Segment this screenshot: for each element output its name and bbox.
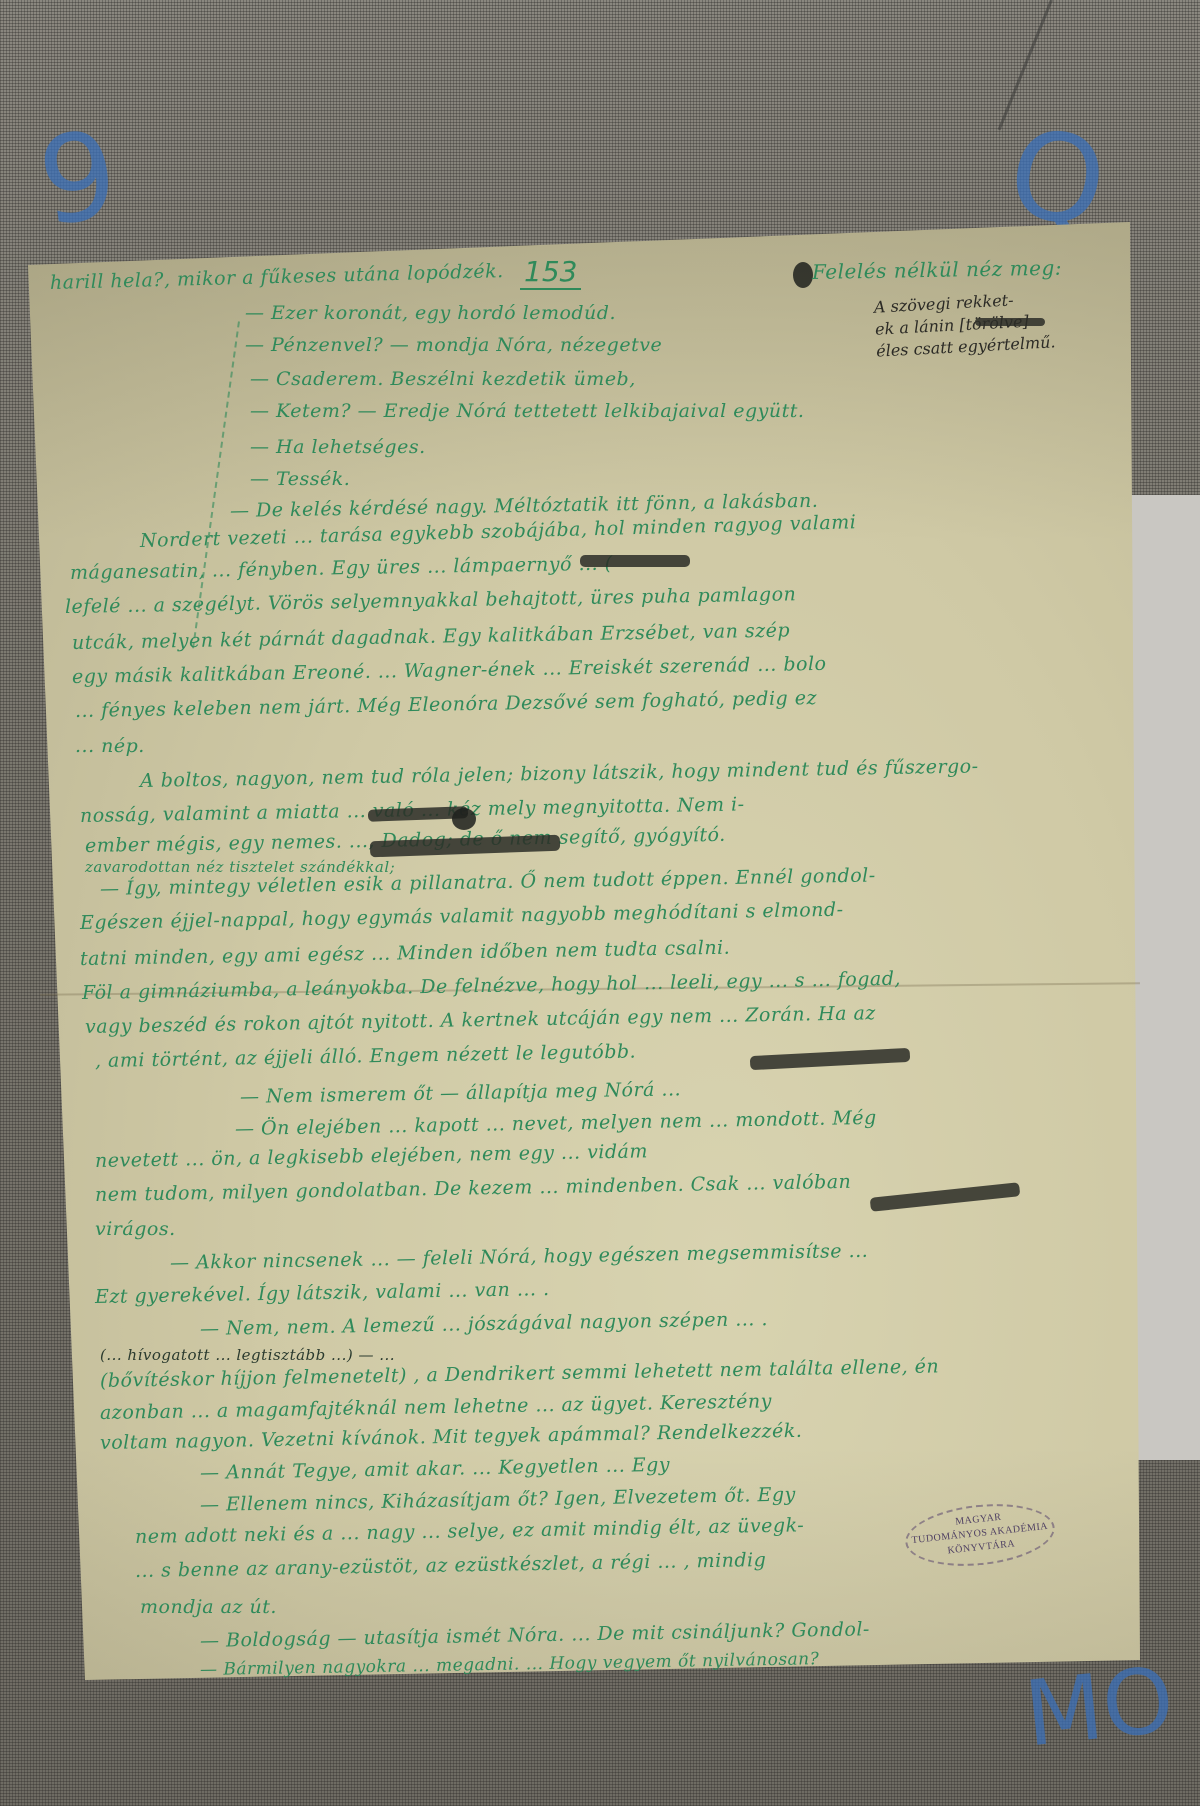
text-line: — Ezer koronát, egy hordó lemodúd. <box>245 302 616 324</box>
page-number: 153 <box>520 255 581 290</box>
strikethrough <box>975 318 1045 326</box>
text-line: mondja az út. <box>140 1596 277 1618</box>
archive-mark-top-left: 9 <box>31 105 126 253</box>
text-line: ... nép. <box>75 735 145 757</box>
header-note: Felelés nélkül néz meg: <box>812 256 1062 284</box>
text-line: — Pénzenvel? — mondja Nóra, nézegetve <box>245 334 662 356</box>
strikethrough <box>580 555 690 567</box>
ink-blot <box>793 262 813 288</box>
archive-mark-bottom-right: MO <box>1020 1648 1179 1768</box>
text-line: virágos. <box>95 1218 176 1240</box>
text-line: — Ha lehetséges. <box>250 436 426 458</box>
text-line: — Csaderem. Beszélni kezdetik ümeb, <box>250 368 636 390</box>
text-line: — Tessék. <box>250 468 350 490</box>
text-line: — Ketem? — Eredje Nórá tettetett lelkiba… <box>250 400 804 422</box>
text-line: (... hívogatott ... legtisztább ...) — .… <box>100 1346 395 1364</box>
ink-blot <box>452 808 476 830</box>
